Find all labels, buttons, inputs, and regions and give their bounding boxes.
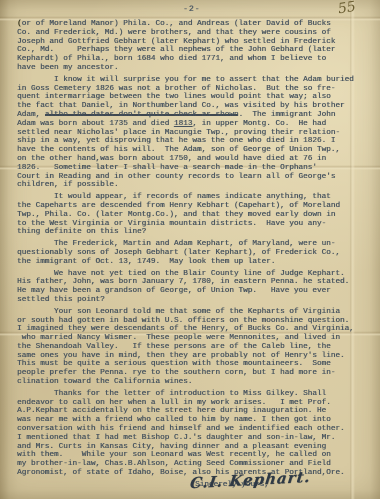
letter-text-segment: Thanks for the letter of introduction to… xyxy=(17,390,345,477)
letter-paragraph: I know it will surprise you for me to as… xyxy=(17,76,373,190)
letter-text-segment: or of Moreland Manor) Phila. Co., and An… xyxy=(17,20,335,72)
handwritten-page-annotation: 55 xyxy=(337,0,357,17)
letter-body: (or of Moreland Manor) Phila. Co., and A… xyxy=(17,20,373,490)
letter-paragraph: It would appear, if records of names ind… xyxy=(17,193,373,237)
letter-paragraph: Thanks for the letter of introduction to… xyxy=(17,390,373,478)
letter-page: -2- 55 (or of Moreland Manor) Phila. Co.… xyxy=(0,0,380,499)
letter-text-segment: , in upper Montg. Co. He had settled nea… xyxy=(17,120,340,190)
letter-text-segment: altho the dates don't quite check as sho… xyxy=(45,111,239,119)
letter-text-segment: Your son Leonard told me that some of th… xyxy=(17,308,354,386)
letter-text-segment: We have not yet tied on the Blair County… xyxy=(17,270,349,304)
letter-paragraph: Your son Leonard told me that some of th… xyxy=(17,308,373,387)
letter-text-segment: 1813 xyxy=(174,120,192,128)
letter-paragraph: The Frederick, Martin and Adam Kephart, … xyxy=(17,240,373,266)
page-number: -2- xyxy=(183,5,200,14)
letter-text-segment: It would appear, if records of names ind… xyxy=(17,193,340,236)
letter-paragraph: We have not yet tied on the Blair County… xyxy=(17,270,373,305)
letter-text-segment: The Frederick, Martin and Adam Kephart, … xyxy=(17,240,340,266)
letter-paragraph: (or of Moreland Manor) Phila. Co., and A… xyxy=(17,20,373,73)
